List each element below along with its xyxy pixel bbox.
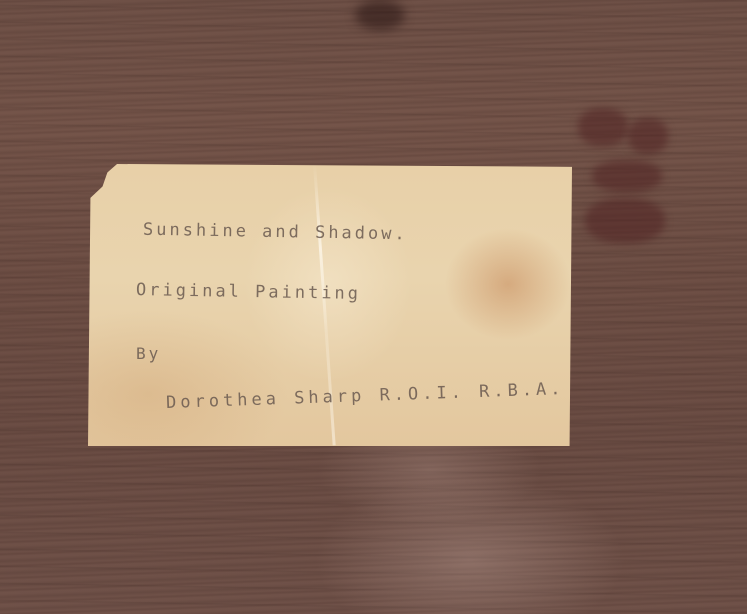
wood-stain — [592, 160, 662, 192]
wood-stain — [585, 198, 665, 243]
paper-label: Sunshine and Shadow. Original Painting B… — [88, 164, 572, 446]
label-artist-line: Dorothea Sharp R.O.I. R.B.A. — [166, 379, 565, 413]
wood-stain — [578, 108, 628, 146]
label-title-line: Sunshine and Shadow. — [143, 220, 408, 245]
wood-stain — [628, 118, 668, 154]
wood-knot — [355, 0, 405, 30]
label-by-line: By — [136, 344, 161, 363]
label-type-line: Original Painting — [136, 280, 361, 304]
